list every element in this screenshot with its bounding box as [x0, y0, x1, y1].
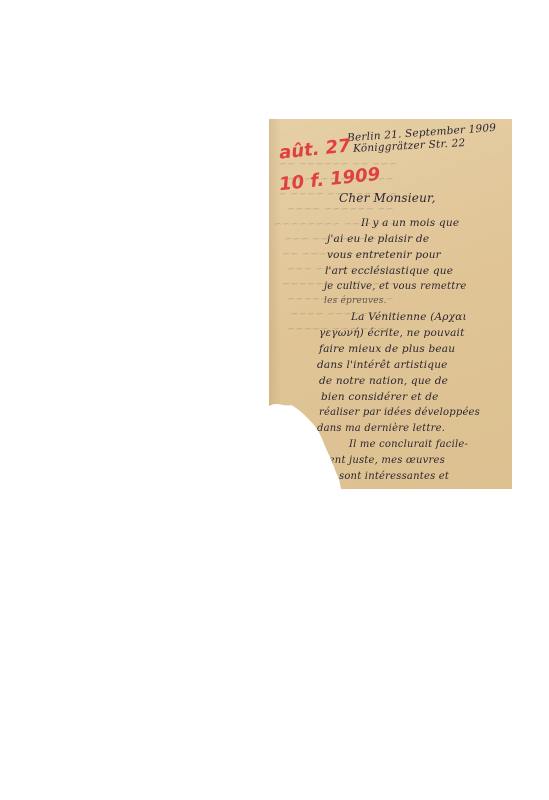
letter-page: ~~~ ~~ ~~~~~~ ~~ ~~ ~~~~ ~~~~~~~ ~~~~~~ …: [269, 119, 512, 489]
torn-corner: [269, 119, 512, 489]
